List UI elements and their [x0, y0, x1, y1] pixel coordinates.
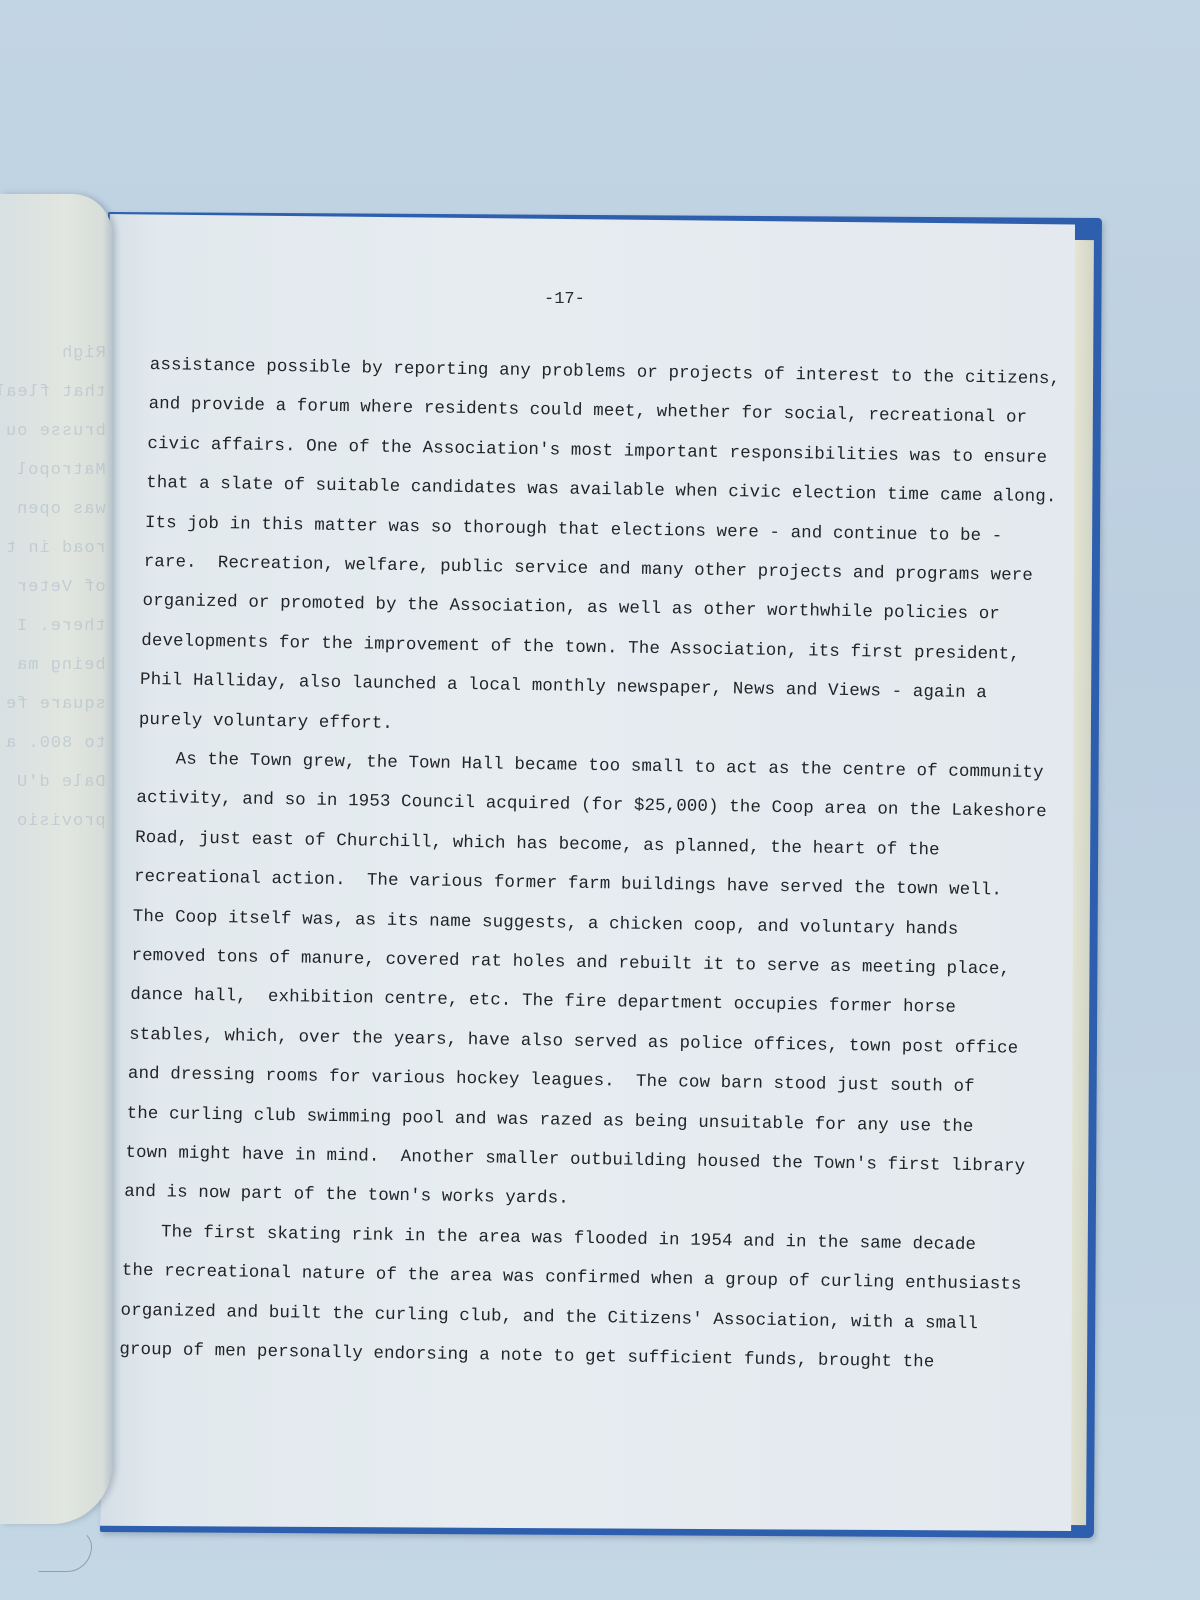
- left-page: Righthat flealbrusse ouMatropolwas openr…: [0, 194, 112, 1524]
- bleed-through-text: to 800. a: [5, 734, 106, 753]
- bleed-through-text: Righ: [61, 344, 106, 363]
- bleed-through-text: was open: [16, 500, 106, 519]
- bleed-through-text: Matropol: [16, 461, 106, 480]
- bleed-through-text: road in t: [5, 539, 106, 558]
- loose-thread: [38, 1530, 92, 1572]
- text-line: purely voluntary effort.: [139, 710, 393, 734]
- bleed-through-text: provisio: [16, 812, 106, 831]
- bleed-through-text: there. I: [16, 617, 106, 636]
- page-number: -17-: [544, 290, 585, 309]
- bleed-through-text: of Veter: [16, 578, 106, 597]
- bleed-through-text: that fleal: [0, 383, 106, 402]
- bleed-through-text: square fe: [5, 695, 106, 714]
- bleed-through-text: Dale d'U: [16, 773, 106, 792]
- bleed-through-text: being ma: [16, 656, 106, 675]
- bleed-through-text: brusse ou: [5, 422, 106, 441]
